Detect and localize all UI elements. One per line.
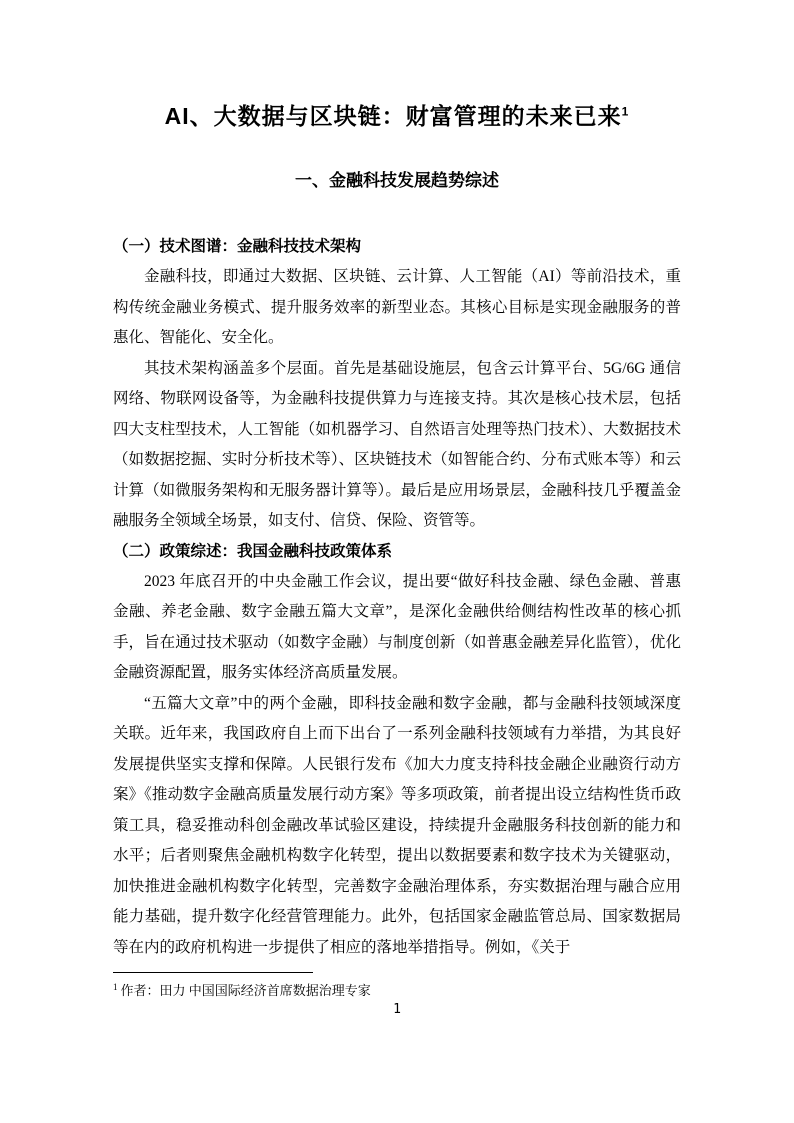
- body-paragraph: 其技术架构涵盖多个层面。首先是基础设施层，包含云计算平台、5G/6G 通信网络、…: [113, 354, 681, 537]
- body-paragraph: 2023 年底召开的中央金融工作会议，提出要“做好科技金融、绿色金融、普惠金融、…: [113, 567, 681, 689]
- chapter-heading: 一、金融科技发展趋势综述: [113, 170, 681, 192]
- title-footnote-ref: 1: [622, 104, 630, 118]
- page-number: 1: [0, 1002, 794, 1017]
- section-heading-2: （二）政策综述：我国金融科技政策体系: [113, 537, 681, 567]
- footnote-area: 1作者：田力 中国国际经济首席数据治理专家: [113, 972, 681, 1001]
- document-page: AI、大数据与区块链：财富管理的未来已来1 一、金融科技发展趋势综述 （一）技术…: [0, 0, 794, 1123]
- body-paragraph: 金融科技，即通过大数据、区块链、云计算、人工智能（AI）等前沿技术，重构传统金融…: [113, 262, 681, 354]
- document-content: AI、大数据与区块链：财富管理的未来已来1 一、金融科技发展趋势综述 （一）技术…: [113, 0, 681, 963]
- footnote: 1作者：田力 中国国际经济首席数据治理专家: [113, 981, 681, 1001]
- section-heading-1: （一）技术图谱：金融科技技术架构: [113, 232, 681, 262]
- document-title: AI、大数据与区块链：财富管理的未来已来1: [113, 0, 681, 132]
- footnote-divider: [113, 972, 313, 973]
- document-title-text: AI、大数据与区块链：财富管理的未来已来: [165, 103, 622, 129]
- body-paragraph: “五篇大文章”中的两个金融，即科技金融和数字金融，都与金融科技领域深度关联。近年…: [113, 689, 681, 964]
- footnote-marker: 1: [113, 982, 118, 992]
- footnote-text: 作者：田力 中国国际经济首席数据治理专家: [121, 983, 371, 998]
